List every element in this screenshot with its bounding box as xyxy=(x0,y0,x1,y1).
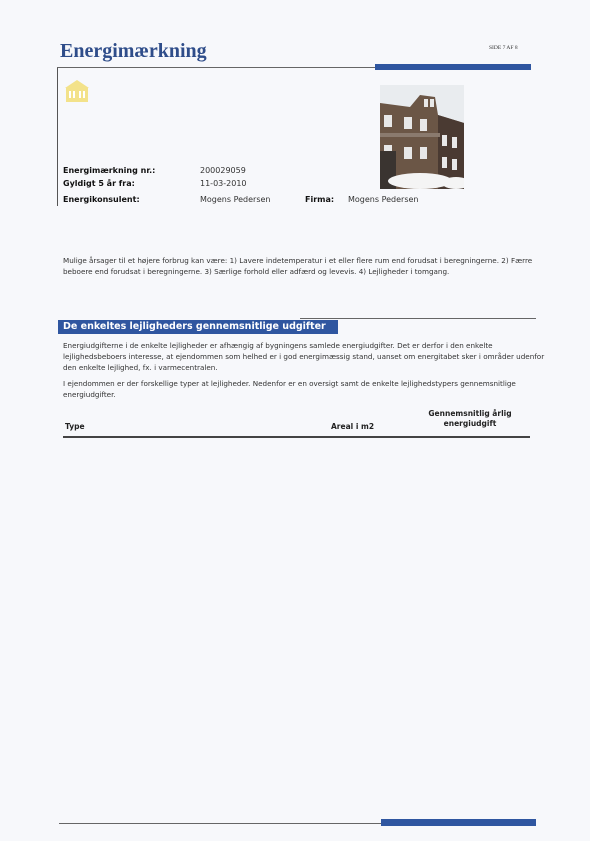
energy-label-number-label: Energimærkning nr.: xyxy=(63,166,155,175)
section-divider xyxy=(300,318,536,319)
table-header-type: Type xyxy=(65,422,85,431)
footer-accent-bar xyxy=(381,819,536,826)
causes-paragraph: Mulige årsager til et højere forbrug kan… xyxy=(63,256,553,278)
page-title: Energimærkning xyxy=(60,40,207,63)
valid-from-label: Gyldigt 5 år fra: xyxy=(63,179,135,188)
table-header-annual-cost: Gennemsnitlig årlig energiudgift xyxy=(420,409,520,429)
section-paragraph-1: Energiudgifterne i de enkelte lejlighede… xyxy=(63,341,553,373)
valid-from-value: 11-03-2010 xyxy=(200,179,247,188)
table-header-rule xyxy=(63,436,530,438)
house-logo-icon xyxy=(64,79,90,103)
building-photo xyxy=(380,85,464,189)
section-paragraph-2: I ejendommen er der forskellige typer at… xyxy=(63,379,553,401)
energy-label-number-value: 200029059 xyxy=(200,166,246,175)
consultant-value: Mogens Pedersen xyxy=(200,195,271,204)
info-border xyxy=(57,68,58,206)
section-heading: De enkeltes lejligheders gennemsnitlige … xyxy=(58,320,338,334)
firm-value: Mogens Pedersen xyxy=(348,195,419,204)
header-divider xyxy=(57,67,377,68)
consultant-label: Energikonsulent: xyxy=(63,195,140,204)
page-indicator: SIDE 7 AF 8 xyxy=(489,45,518,51)
header-accent-bar xyxy=(375,64,531,70)
table-header-area: Areal i m2 xyxy=(331,422,374,431)
footer-divider xyxy=(59,823,382,824)
firm-label: Firma: xyxy=(305,195,334,204)
